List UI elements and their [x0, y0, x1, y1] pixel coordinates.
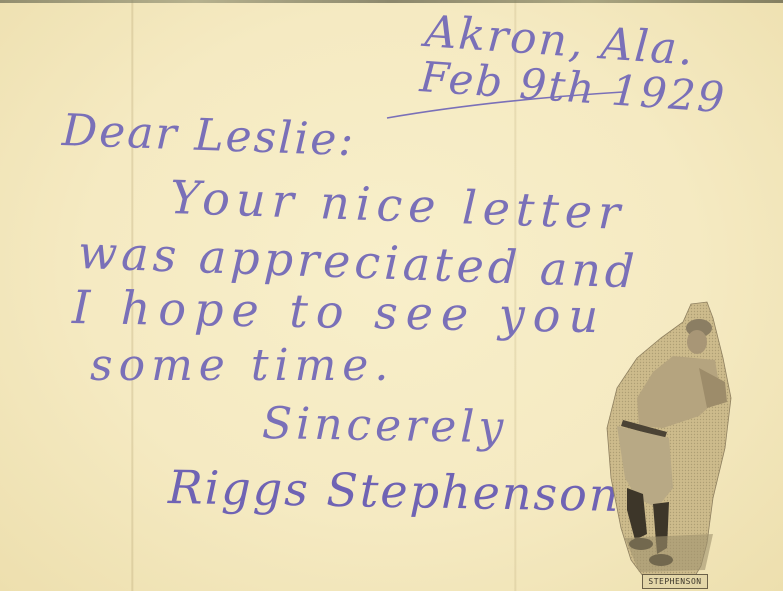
clipping-caption: STEPHENSON — [642, 574, 708, 589]
date-flourish-stroke — [385, 90, 625, 120]
letter-closing: Sincerely — [262, 398, 508, 453]
paper-top-edge — [0, 0, 783, 3]
letter-page: Akron, Ala. Feb 9th 1929 Dear Leslie: Yo… — [0, 0, 783, 591]
letter-signature: Riggs Stephenson — [168, 460, 621, 522]
letter-body-line: I hope to see you — [72, 280, 607, 343]
letter-salutation: Dear Leslie: — [61, 105, 356, 166]
letter-body-line: some time. — [90, 340, 394, 391]
letter-body-line: Your nice letter — [169, 170, 627, 240]
newspaper-photo-clipping — [603, 298, 735, 590]
